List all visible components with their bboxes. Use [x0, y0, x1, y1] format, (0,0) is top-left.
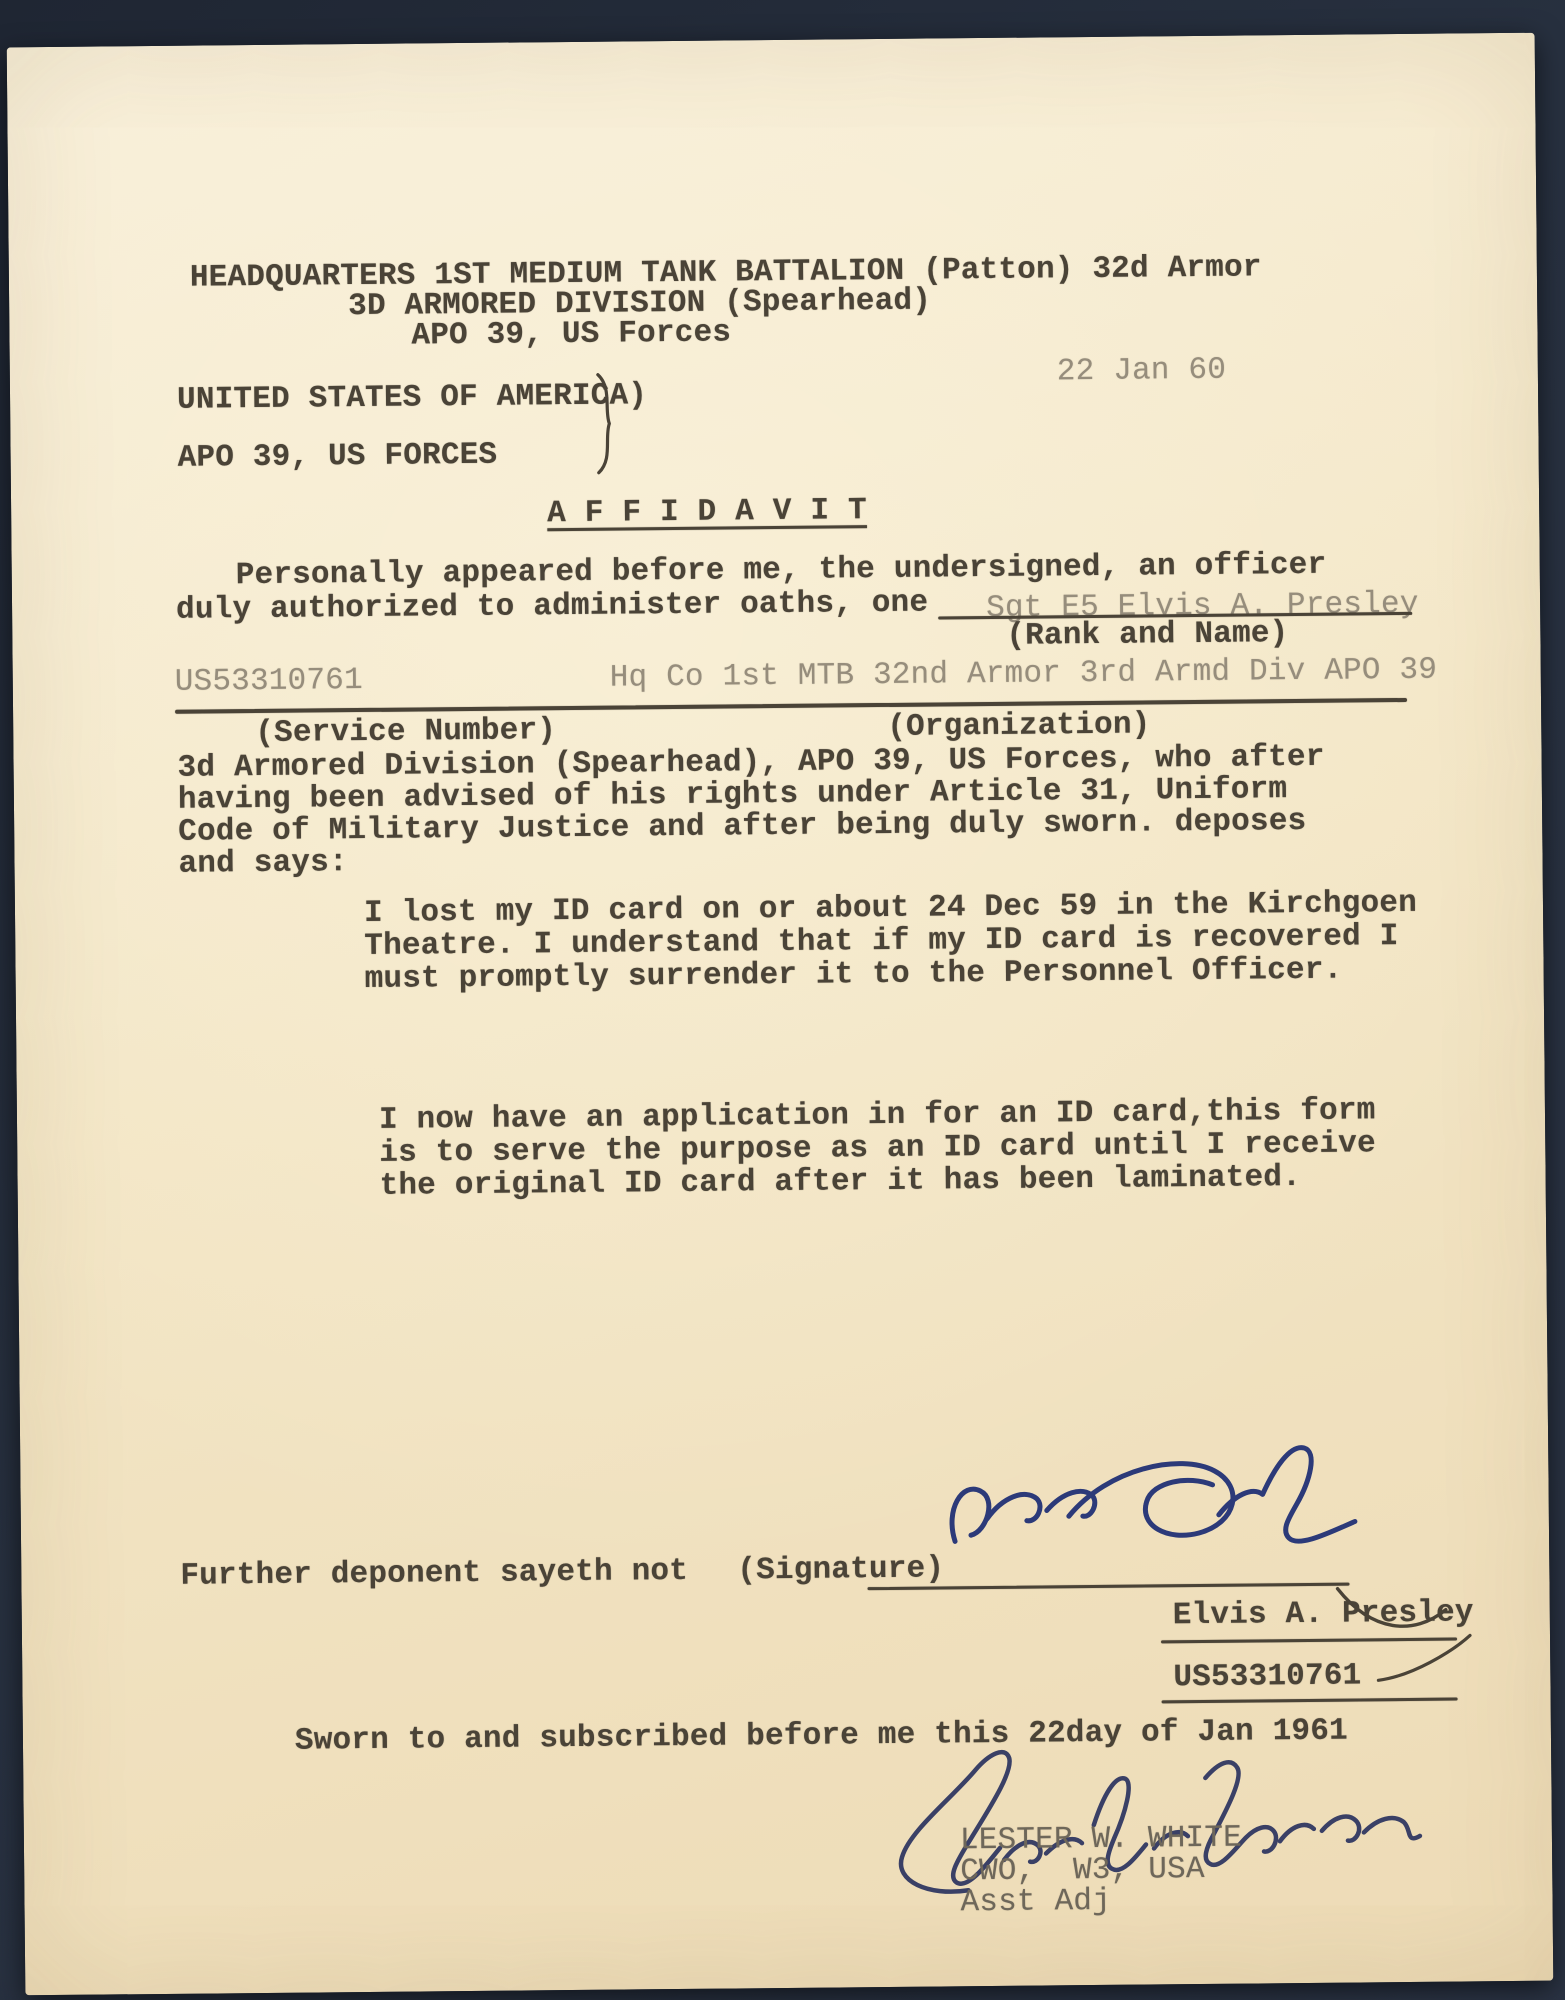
venue-line-1: UNITED STATES OF AMERICA)	[177, 379, 647, 417]
document-date: 22 Jan 60	[1057, 354, 1227, 389]
service-number-label: (Service Number)	[255, 714, 556, 750]
service-number-underline	[1162, 1698, 1458, 1704]
officer-rank: CWO, W3, USA	[960, 1853, 1205, 1888]
photo-of-affidavit: HEADQUARTERS 1ST MEDIUM TANK BATTALION (…	[0, 0, 1565, 2000]
signature-label: (Signature)	[737, 1552, 944, 1587]
deponent-signature	[940, 1429, 1361, 1588]
deponent-statement: Further deponent sayeth not	[180, 1555, 688, 1593]
rank-and-name-label: (Rank and Name)	[1006, 617, 1288, 653]
service-number-value: US53310761	[175, 664, 363, 699]
statement2-line-3: the original ID card after it has been l…	[379, 1161, 1301, 1203]
typed-deponent-name: Elvis A. Presley	[1173, 1596, 1474, 1632]
intro-line-1: Personally appeared before me, the under…	[236, 549, 1327, 592]
letterhead-line-3: APO 39, US Forces	[411, 316, 731, 352]
service-row-underline	[175, 698, 1407, 714]
affidavit-paper: HEADQUARTERS 1ST MEDIUM TANK BATTALION (…	[7, 33, 1554, 1996]
name-line-flourish	[1374, 1629, 1475, 1685]
intro-line-2: duly authorized to administer oaths, one	[176, 587, 928, 627]
body-line-4: and says:	[178, 846, 348, 881]
venue-brace-icon	[588, 371, 625, 475]
venue-line-2: APO 39, US FORCES	[177, 439, 497, 475]
typed-service-number: US53310761	[1173, 1659, 1361, 1694]
organization-value: Hq Co 1st MTB 32nd Armor 3rd Armd Div AP…	[610, 654, 1438, 695]
officer-position: Asst Adj	[960, 1885, 1111, 1919]
statement1-line-3: must promptly surrender it to the Person…	[364, 954, 1342, 996]
organization-label: (Organization)	[887, 708, 1151, 744]
page-title: A F F I D A V I T	[547, 494, 867, 530]
